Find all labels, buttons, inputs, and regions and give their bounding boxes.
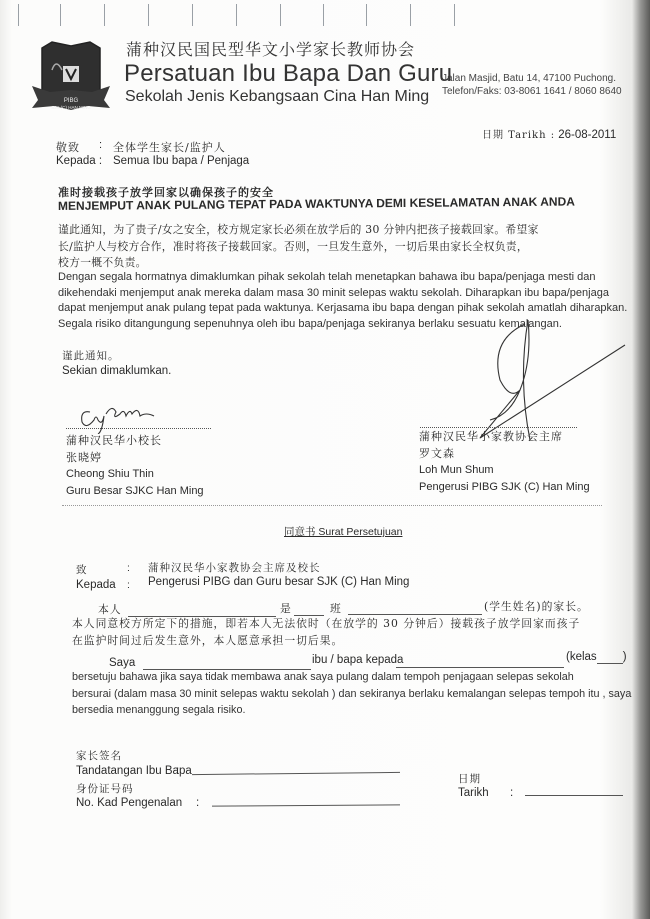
date-field[interactable] [525, 795, 623, 796]
recipient-colon: : [99, 139, 102, 151]
ic-colon: : [196, 797, 199, 809]
tear-off-divider [62, 505, 602, 506]
body-ms-line: dikehendaki menjemput anak mereka dalam … [58, 286, 627, 302]
signatory-name-cn: 罗文森 [419, 445, 590, 462]
letter-date: 日期 Tarikh : 26-08-2011 [482, 126, 616, 141]
kelas-close: ) [623, 651, 627, 663]
recipient-value: Semua Ibu bapa / Penjaga [113, 155, 249, 167]
consent-cn-line: 本人同意校方所定下的措施，即若本人无法依时（在放学的 30 分钟后）接载孩子放学… [72, 615, 580, 632]
signatory-title: Guru Besar SJKC Han Ming [66, 483, 204, 500]
address: Jalan Masjid, Batu 14, 47100 Puchong. [442, 72, 622, 85]
consent-ms-line: bersedia menanggung segala risiko. [72, 702, 631, 719]
body-cn-line: 谨此通知，为了贵子/女之安全，校方规定家长必须在放学后的 30 分钟内把孩子接载… [58, 222, 539, 239]
kelas-field[interactable] [597, 651, 623, 664]
consent-to-label: Kepada [76, 579, 116, 591]
date-colon: : [510, 787, 513, 799]
scanned-letter-page: PIBG SJK (C) HAN MING 蒲种汉民国民型华文小学家长教师协会 … [0, 0, 650, 919]
signatory-name-cn: 张晓婷 [66, 449, 204, 466]
consent-heading: 同意书 Surat Persetujuan [284, 524, 402, 539]
signatory-name: Cheong Shiu Thin [66, 466, 204, 483]
kelas-label: (kelas [566, 651, 597, 663]
recipient-value-cn: 全体学生家长/监护人 [113, 139, 226, 155]
consent-cn-class: 班 [330, 601, 342, 616]
body-ms-line: Dengan segala hormatnya dimaklumkan piha… [58, 270, 627, 286]
binder-margin-marks [0, 0, 650, 30]
ic-label: No. Kad Pengenalan [76, 797, 182, 809]
consent-cn-is: 是 [280, 601, 292, 616]
date-label: 日期 Tarikh : [482, 130, 555, 141]
chairman-signature [470, 320, 630, 440]
date-value: 26-08-2011 [558, 129, 616, 141]
signatory-title-cn: 蒲种汉民华小家教协会主席 [419, 428, 590, 445]
consent-ms-saya: Saya [109, 657, 135, 669]
body-cn-line: 长/监护人与校方合作，准时将孩子接载回家。否则，一旦发生意外，一切后果由家长全权… [58, 239, 539, 256]
consent-ms-body: bersetuju bahawa jika saya tidak membawa… [72, 669, 631, 719]
consent-cn-body: 本人同意校方所定下的措施，即若本人无法依时（在放学的 30 分钟后）接载孩子放学… [72, 615, 580, 649]
signatory-headmaster: 蒲种汉民华小校长 张晓婷 Cheong Shiu Thin Guru Besar… [66, 432, 204, 500]
signature-label-cn: 家长签名 [76, 748, 122, 763]
consent-to-colon: : [127, 562, 130, 574]
consent-ms-line: bersurai (dalam masa 30 minit selepas wa… [72, 686, 631, 703]
org-name: Persatuan Ibu Bapa Dan Guru [124, 60, 452, 88]
recipient-label-cn: 敬致 [56, 139, 80, 155]
consent-cn-line: 在监护时间过后发生意外，本人愿意承担一切后果。 [72, 632, 580, 649]
headmaster-signature-line [66, 428, 211, 429]
date-label-cn: 日期 [458, 771, 481, 786]
consent-to-value-cn: 蒲种汉民华小家教协会主席及校长 [148, 560, 321, 575]
consent-heading-text: 同意书 Surat Persetujuan [284, 526, 402, 538]
student-name-field-ms[interactable] [396, 667, 564, 668]
school-crest-icon: PIBG SJK (C) HAN MING [30, 40, 112, 126]
ic-label-cn: 身份证号码 [76, 781, 134, 796]
consent-ms-parent-of: ibu / bapa kepada [312, 654, 403, 666]
kelas-field-group: (kelas ) [566, 651, 627, 664]
signatory-name: Loh Mun Shum [419, 462, 590, 479]
org-name-chinese: 蒲种汉民国民型华文小学家长教师协会 [126, 37, 415, 60]
consent-to-label-cn: 致 [76, 562, 88, 577]
body-ms-line: dapat menjemput anak pulang tepat pada w… [58, 301, 627, 317]
signatory-chairman: 蒲种汉民华小家教协会主席 罗文森 Loh Mun Shum Pengerusi … [419, 428, 590, 496]
svg-text:PIBG: PIBG [64, 98, 79, 104]
svg-text:SJK (C) HAN MING: SJK (C) HAN MING [51, 105, 91, 110]
school-name: Sekolah Jenis Kebangsaan Cina Han Ming [125, 88, 429, 106]
consent-ms-line: bersetuju bahawa jika saya tidak membawa… [72, 669, 631, 686]
consent-to-value: Pengerusi PIBG dan Guru besar SJK (C) Ha… [148, 576, 409, 588]
signatory-title-cn: 蒲种汉民华小校长 [66, 432, 204, 449]
body-chinese: 谨此通知，为了贵子/女之安全，校方规定家长必须在放学后的 30 分钟内把孩子接载… [58, 222, 539, 272]
parent-signature-field[interactable] [192, 772, 400, 775]
closing-chinese: 谨此通知。 [62, 348, 120, 363]
signature-colon: : [176, 765, 179, 777]
date-field-label: Tarikh [458, 787, 489, 799]
consent-cn-suffix: (学生姓名)的家长。 [484, 599, 589, 614]
signature-label: Tandatangan Ibu Bapa [76, 765, 192, 777]
contact-info: Jalan Masjid, Batu 14, 47100 Puchong. Te… [442, 72, 622, 98]
closing: Sekian dimaklumkan. [62, 365, 171, 377]
phone: Telefon/Faks: 03-8061 1641 / 8060 8640 [442, 85, 622, 98]
consent-to-colon: : [127, 579, 130, 591]
ic-number-field[interactable] [212, 804, 400, 806]
signatory-title: Pengerusi PIBG SJK (C) Han Ming [419, 479, 590, 496]
recipient-label: Kepada : [56, 155, 102, 167]
